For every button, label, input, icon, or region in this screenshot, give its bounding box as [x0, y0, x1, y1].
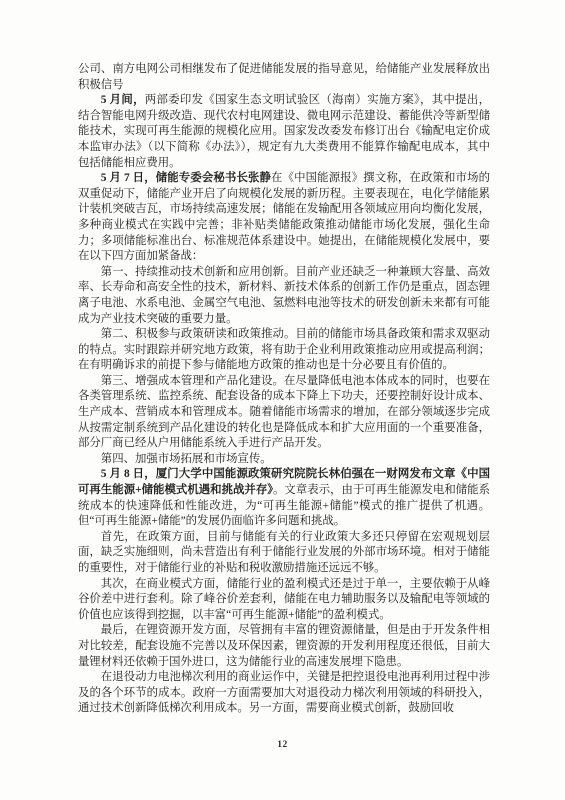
paragraph-text: 第三、增强成本管理和产品化建设。在尽量降低电池本体成本的同时，也要在各类管理系统…	[78, 375, 490, 449]
paragraph-text: 在《中国能源报》撰文称，在政策和市场的双重促动下，储能产业开启了向规模化发展的新…	[78, 172, 490, 262]
paragraph: 其次，在商业模式方面，储能行业的盈利模式还是过于单一，主要依赖于从峰谷价差中进行…	[78, 577, 490, 624]
document-body: 公司、南方电网公司相继发布了促进储能发展的指导意见，给储能产业发展释放出积极信号…	[78, 62, 490, 717]
paragraph: 首先，在政策方面，目前与储能有关的行业政策大多还只停留在宏观规划层面，缺乏实施细…	[78, 530, 490, 577]
document-page: 公司、南方电网公司相继发布了促进储能发展的指导意见，给储能产业发展释放出积极信号…	[0, 0, 565, 800]
paragraph-text: 第四、加强市场拓展和市场宣传。	[101, 453, 272, 465]
paragraph: 在退役动力电池梯次利用的商业运作中，关键是把控退役电池再利用过程中涉及的各个环节…	[78, 670, 490, 717]
paragraph-text: 第二、积极参与政策研读和政策推动。目前的储能市场具备政策和需求双驱动的特点。实时…	[78, 328, 490, 371]
paragraph-text: 第一、持续推动技术创新和应用创新。目前产业还缺乏一种兼顾大容量、高效率、长寿命和…	[78, 266, 490, 325]
paragraph-text: 公司、南方电网公司相继发布了促进储能发展的指导意见，给储能产业发展释放出积极信号	[78, 63, 490, 91]
page-number: 12	[0, 740, 565, 750]
paragraph: 第一、持续推动技术创新和应用创新。目前产业还缺乏一种兼顾大容量、高效率、长寿命和…	[78, 265, 490, 327]
paragraph: 最后，在锂资源开发方面，尽管拥有丰富的锂资源储量，但是由于开发条件相对比较差，配…	[78, 623, 490, 670]
paragraph: 5 月间，两部委印发《国家生态文明试验区（海南）实施方案》，其中提出，结合智能电…	[78, 93, 490, 171]
paragraph-bold-lead: 5 月 7 日，储能专委会秘书长张静	[101, 172, 271, 184]
paragraph: 第二、积极参与政策研读和政策推动。目前的储能市场具备政策和需求双驱动的特点。实时…	[78, 327, 490, 374]
paragraph: 第三、增强成本管理和产品化建设。在尽量降低电池本体成本的同时，也要在各类管理系统…	[78, 374, 490, 452]
paragraph-text: 其次，在商业模式方面，储能行业的盈利模式还是过于单一，主要依赖于从峰谷价差中进行…	[78, 578, 490, 621]
paragraph: 5 月 8 日，厦门大学中国能源政策研究院院长林伯强在一财网发布文章《中国可再生…	[78, 467, 490, 529]
paragraph-text: 最后，在锂资源开发方面，尽管拥有丰富的锂资源储量，但是由于开发条件相对比较差，配…	[78, 624, 490, 667]
paragraph-bold-lead: 5 月间，	[101, 94, 145, 106]
paragraph: 5 月 7 日，储能专委会秘书长张静在《中国能源报》撰文称，在政策和市场的双重促…	[78, 171, 490, 265]
paragraph: 公司、南方电网公司相继发布了促进储能发展的指导意见，给储能产业发展释放出积极信号	[78, 62, 490, 93]
paragraph-text: 在退役动力电池梯次利用的商业运作中，关键是把控退役电池再利用过程中涉及的各个环节…	[78, 671, 490, 714]
paragraph: 第四、加强市场拓展和市场宣传。	[78, 452, 490, 468]
paragraph-text: 首先，在政策方面，目前与储能有关的行业政策大多还只停留在宏观规划层面，缺乏实施细…	[78, 531, 490, 574]
